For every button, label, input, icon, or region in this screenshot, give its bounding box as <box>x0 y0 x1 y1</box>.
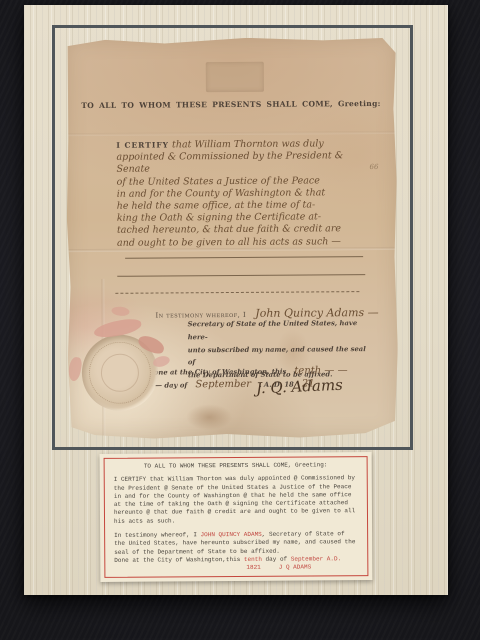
card-heading: TO ALL TO WHOM THESE PRESENTS SHALL COME… <box>114 461 358 471</box>
photo-of-document: TO ALL TO WHOM THESE PRESENTS SHALL COME… <box>0 0 480 640</box>
manuscript-document: TO ALL TO WHOM THESE PRESENTS SHALL COME… <box>66 37 399 439</box>
pencil-margin-mark: 66 <box>369 163 378 171</box>
card-month-red: September A.D. <box>291 555 341 562</box>
wax-fragment <box>111 306 130 317</box>
blank-rule-line <box>117 274 365 277</box>
manuscript-line: and ought to be given to all his acts as… <box>117 236 375 250</box>
card-year-red: 1821 <box>246 564 260 571</box>
printed-line: Secretary of State of the United States,… <box>188 317 366 344</box>
wax-fragment <box>67 356 83 382</box>
mat-board: TO ALL TO WHOM THESE PRESENTS SHALL COME… <box>24 5 448 595</box>
card-day-red: tenth <box>244 556 262 563</box>
typed-transcription-card: TO ALL TO WHOM THESE PRESENTS SHALL COME… <box>100 452 373 582</box>
card-name-red: JOHN QUINCY ADAMS <box>201 531 262 538</box>
handwritten-month: September <box>195 379 251 390</box>
paper-stain <box>186 404 232 430</box>
blank-rule-line <box>125 256 363 259</box>
jq-adams-signature: J. Q. Adams <box>256 376 343 398</box>
card-paragraph-certify: I CERTIFY that William Thorton was duly … <box>114 474 358 525</box>
card-paragraph-testimony: In testimony whereof, I JOHN QUINCY ADAM… <box>114 530 358 557</box>
document-header: TO ALL TO WHOM THESE PRESENTS SHALL COME… <box>66 99 396 110</box>
embossed-stamp <box>206 62 264 92</box>
paper-crease <box>66 131 396 136</box>
card-final-line: 1821J Q ADAMS <box>114 563 358 573</box>
blank-rule-line <box>115 291 359 294</box>
certify-lead: I CERTIFY <box>116 140 169 149</box>
card-sig-red: J Q ADAMS <box>279 564 311 571</box>
card-content: TO ALL TO WHOM THESE PRESENTS SHALL COME… <box>114 461 359 576</box>
manuscript-line: appointed & Commissioned by the Presiden… <box>116 150 374 176</box>
certification-paragraph: I CERTIFYthat William Thornton was duly … <box>116 138 375 250</box>
